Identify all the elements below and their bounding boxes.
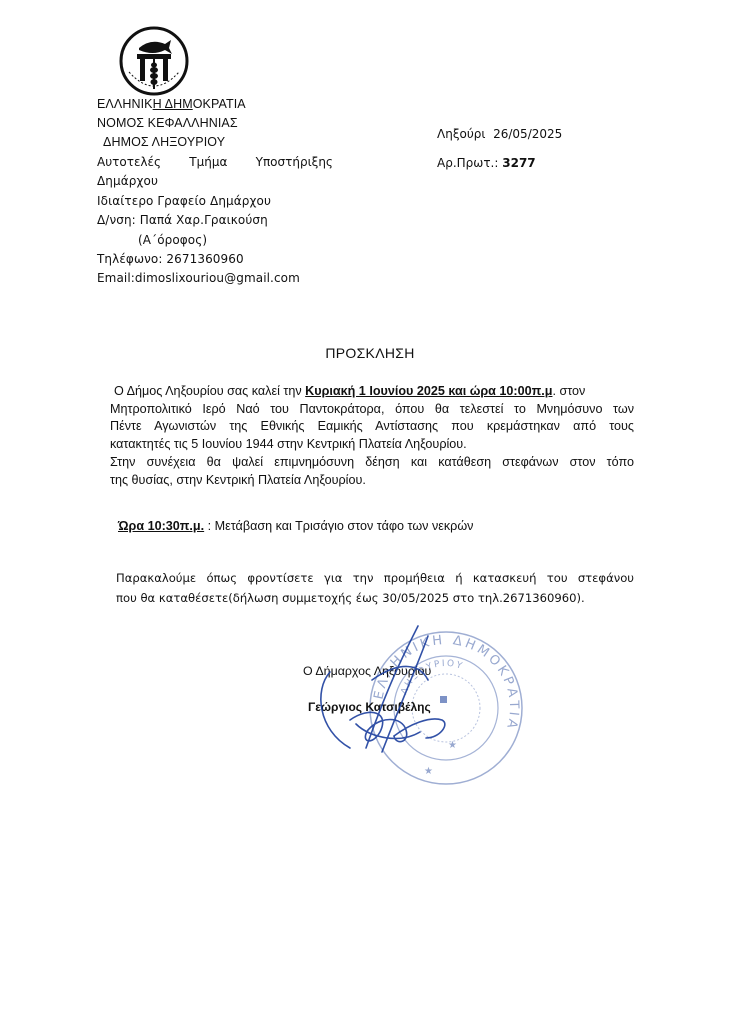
event-date-time: Κυριακή 1 Ιουνίου 2025 και ώρα 10:00π.μ (305, 384, 552, 398)
org-text: ΟΚΡΑΤΙΑ (193, 97, 246, 111)
svg-text:ΕΛΛΗΝΙΚΗ ΔΗΜΟΚΡΑΤΙΑ: ΕΛΛΗΝΙΚΗ ΔΗΜΟΚΡΑΤΙΑ (372, 633, 522, 733)
org-line-prefecture: ΝΟΜΟΣ ΚΕΦΑΛΛΗΝΙΑΣ (97, 115, 238, 131)
body-text: . στον (552, 384, 585, 398)
department-word: Τμήμα (189, 154, 227, 170)
schedule-description: : Μετάβαση και Τρισάγιο στον τάφο των νε… (204, 519, 473, 533)
org-text-underlined: Η ΔΗΜ (153, 97, 193, 111)
body-line: Πέντε Αγωνιστών της Εθνικής Εαμικής Αντί… (110, 418, 634, 436)
schedule-line: Ώρα 10:30π.μ. : Μετάβαση και Τρισάγιο στ… (118, 519, 473, 533)
org-line-municipality: ΔΗΜΟΣ ΛΗΞΟΥΡΙΟΥ (103, 134, 225, 150)
email-line: Email:dimoslixouriou@gmail.com (97, 270, 300, 286)
org-line-republic: ΕΛΛΗΝΙΚΗ ΔΗΜΟΚΡΑΤΙΑ (97, 96, 246, 112)
svg-text:★: ★ (448, 740, 457, 751)
handwritten-signature-icon (310, 620, 490, 760)
request-line: που θα καταθέσετε(δήλωση συμμετοχής έως … (116, 588, 634, 608)
department-word: Αυτοτελές (97, 154, 161, 170)
body-text: Ο Δήμος Ληξουρίου σας καλεί την (114, 384, 305, 398)
signatory-name: Γεώργιος Κατσιβέλης (308, 700, 431, 714)
schedule-time: Ώρα 10:30π.μ. (118, 519, 204, 533)
protocol-label: Αρ.Πρωτ.: (437, 156, 498, 170)
date-value: 26/05/2025 (493, 127, 562, 141)
address-line: Δ/νση: Παπά Χαρ.Γραικούση (97, 212, 268, 228)
department-line-cont: Δημάρχου (97, 173, 158, 189)
request-line: Παρακαλούμε όπως φροντίσετε για την προμ… (116, 568, 634, 588)
protocol-value: 3277 (502, 156, 535, 170)
place-date: Ληξούρι 26/05/2025 (437, 126, 562, 142)
department-word: Υποστήριξης (256, 154, 333, 170)
org-text: ΕΛΛΗΝΙΚ (97, 97, 153, 111)
municipality-emblem-icon (117, 24, 191, 98)
document-page: ΕΛΛΗΝΙΚΗ ΔΗΜΟΚΡΑΤΙΑ ΝΟΜΟΣ ΚΕΦΑΛΛΗΝΙΑΣ ΔΗ… (0, 0, 740, 1024)
protocol-number: Αρ.Πρωτ.: 3277 (437, 155, 536, 171)
body-line: της θυσίας, στην Κεντρική Πλατεία Ληξουρ… (110, 472, 634, 490)
department-line: Αυτοτελές Τμήμα Υποστήριξης (97, 154, 333, 170)
office-line: Ιδιαίτερο Γραφείο Δημάρχου (97, 193, 271, 209)
body-line: κατακτητές τις 5 Ιουνίου 1944 στην Κεντρ… (110, 436, 634, 454)
body-line: Ο Δήμος Ληξουρίου σας καλεί την Κυριακή … (110, 383, 634, 401)
body-line: Μητροπολιτικό Ιερό Ναό του Παντοκράτορα,… (110, 401, 634, 419)
floor-line: (Α΄όροφος) (138, 232, 207, 248)
request-paragraph: Παρακαλούμε όπως φροντίσετε για την προμ… (116, 568, 634, 608)
phone-line: Τηλέφωνο: 2671360960 (97, 251, 244, 267)
invitation-body: Ο Δήμος Ληξουρίου σας καλεί την Κυριακή … (110, 383, 634, 489)
document-title: ΠΡΟΣΚΛΗΣΗ (0, 345, 740, 361)
body-line: Στην συνέχεια θα ψαλεί επιμνημόσυνη δέησ… (110, 454, 634, 472)
place-label: Ληξούρι (437, 127, 485, 141)
signatory-role: Ο Δήμαρχος Ληξουρίου (303, 664, 431, 678)
svg-text:★: ★ (424, 766, 433, 777)
